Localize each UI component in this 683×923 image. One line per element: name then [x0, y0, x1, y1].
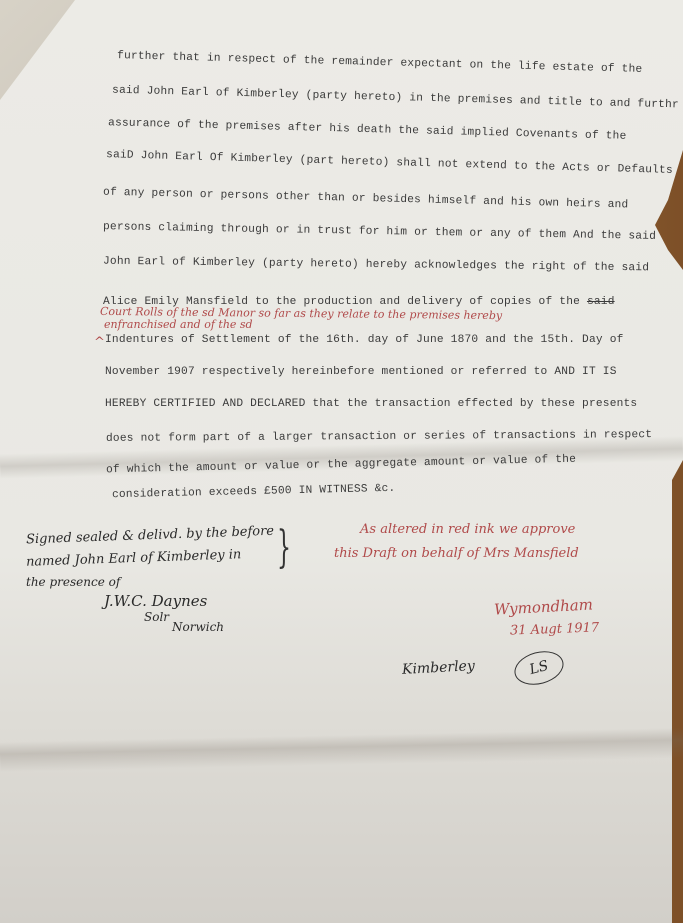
- witness-title: Solr: [144, 610, 169, 624]
- witness-place: Norwich: [172, 620, 224, 634]
- typed-line: November 1907 respectively hereinbefore …: [105, 366, 617, 378]
- approval-line: As altered in red ink we approve: [360, 522, 575, 537]
- attestation-line: the presence of: [26, 575, 120, 589]
- insertion-line: enfranchised and of the sd: [104, 318, 253, 331]
- insertion-caret: ^: [94, 335, 105, 350]
- approval-date: 31 Augt 1917: [510, 620, 600, 638]
- approval-line: this Draft on behalf of Mrs Mansfield: [334, 546, 579, 561]
- brace-mark: }: [277, 522, 291, 573]
- typed-line: HEREBY CERTIFIED AND DECLARED that the t…: [105, 398, 637, 410]
- typed-line: Indentures of Settlement of the 16th. da…: [105, 334, 624, 346]
- witness-name: J.W.C. Daynes: [104, 592, 207, 610]
- struck-word: said: [587, 296, 615, 308]
